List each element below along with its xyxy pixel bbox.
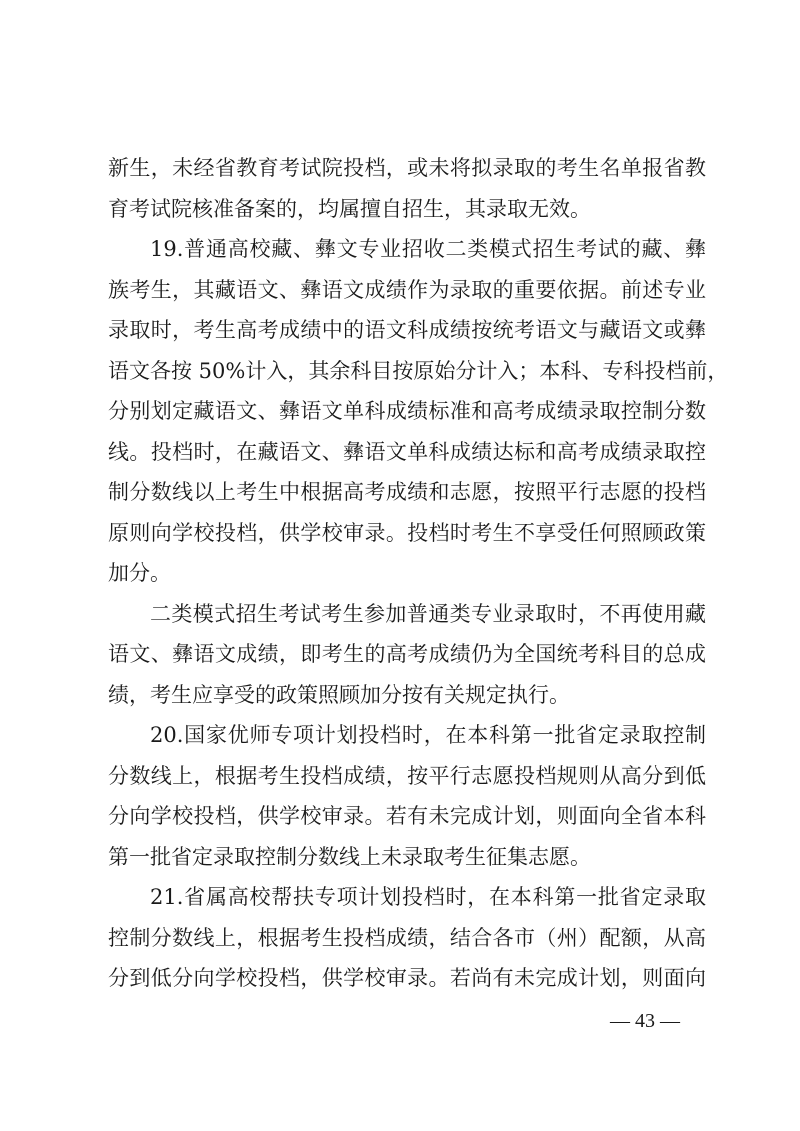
text-line: 分数线上，根据考生投档成绩，按平行志愿投档规则从高分到低 <box>108 756 706 797</box>
text-line: 新生，未经省教育考试院投档，或未将拟录取的考生名单报省教 <box>108 148 706 189</box>
text-line: 录取时，考生高考成绩中的语文科成绩按统考语文与藏语文或彝 <box>108 310 706 351</box>
text-line: 分向学校投档，供学校审录。若有未完成计划，则面向全省本科 <box>108 796 706 837</box>
document-page: 新生，未经省教育考试院投档，或未将拟录取的考生名单报省教 育考试院核准备案的，均… <box>0 0 800 1131</box>
text-line: 制分数线以上考生中根据高考成绩和志愿，按照平行志愿的投档 <box>108 472 706 513</box>
text-line: 线。投档时，在藏语文、彝语文单科成绩达标和高考成绩录取控 <box>108 432 706 473</box>
text-line: 加分。 <box>108 553 706 594</box>
text-line: 控制分数线上，根据考生投档成绩，结合各市（州）配额，从高 <box>108 918 706 959</box>
page-number: — 43 — <box>590 1010 700 1033</box>
text-line: 第一批省定录取控制分数线上未录取考生征集志愿。 <box>108 837 706 878</box>
body-text: 新生，未经省教育考试院投档，或未将拟录取的考生名单报省教 育考试院核准备案的，均… <box>108 148 706 999</box>
text-line-paragraph-start: 二类模式招生考试考生参加普通类专业录取时，不再使用藏 <box>108 594 706 635</box>
text-line: 族考生，其藏语文、彝语文成绩作为录取的重要依据。前述专业 <box>108 270 706 311</box>
text-line: 分别划定藏语文、彝语文单科成绩标准和高考成绩录取控制分数 <box>108 391 706 432</box>
text-line-paragraph-start: 21.省属高校帮扶专项计划投档时，在本科第一批省定录取 <box>108 877 706 918</box>
text-line: 育考试院核准备案的，均属擅自招生，其录取无效。 <box>108 189 706 230</box>
text-line: 语文、彝语文成绩，即考生的高考成绩仍为全国统考科目的总成 <box>108 634 706 675</box>
text-line: 语文各按 50%计入，其余科目按原始分计入；本科、专科投档前， <box>108 351 706 392</box>
text-line: 分到低分向学校投档，供学校审录。若尚有未完成计划，则面向 <box>108 958 706 999</box>
text-line-paragraph-start: 20.国家优师专项计划投档时，在本科第一批省定录取控制 <box>108 715 706 756</box>
text-line-paragraph-start: 19.普通高校藏、彝文专业招收二类模式招生考试的藏、彝 <box>108 229 706 270</box>
text-line: 绩，考生应享受的政策照顾加分按有关规定执行。 <box>108 675 706 716</box>
text-line: 原则向学校投档，供学校审录。投档时考生不享受任何照顾政策 <box>108 513 706 554</box>
